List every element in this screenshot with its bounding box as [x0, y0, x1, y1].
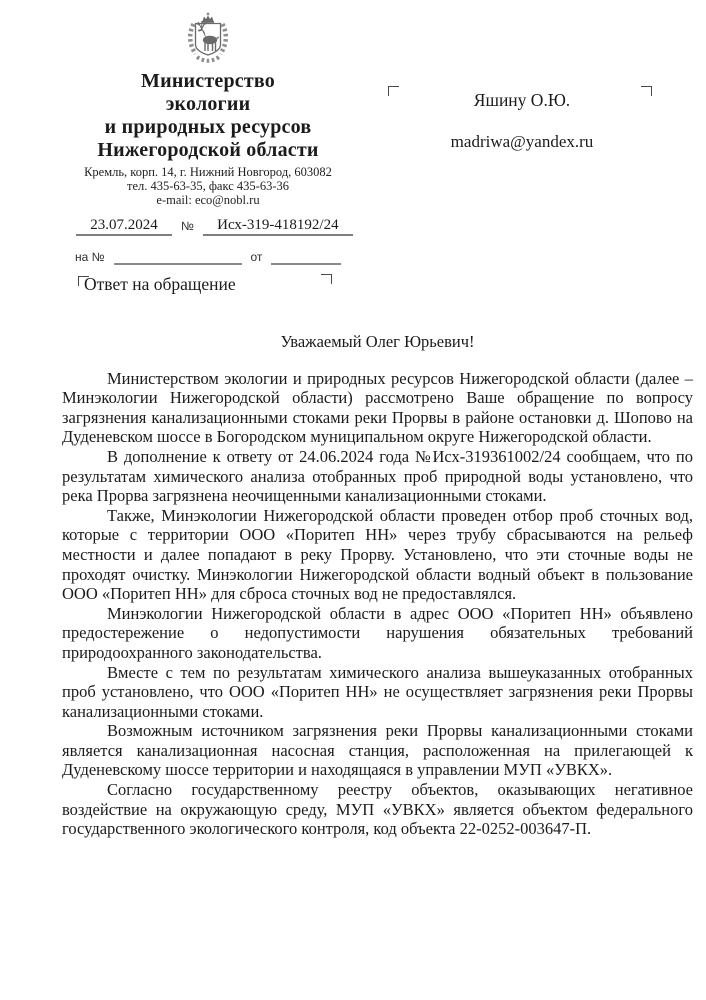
- recipient-email: madriwa@yandex.ru: [388, 132, 656, 152]
- scanned-letter-page: Министерство экологии и природных ресурс…: [0, 0, 706, 1000]
- letterhead: Министерство экологии и природных ресурс…: [62, 12, 354, 265]
- reply-from-label: от: [242, 250, 272, 265]
- corner-mark-top-right-icon: [641, 86, 652, 96]
- ministry-name: Министерство экологии и природных ресурс…: [62, 70, 354, 162]
- body-paragraph: Также, Минэкологии Нижегородской области…: [62, 506, 693, 604]
- body-paragraph: Министерством экологии и природных ресур…: [62, 369, 693, 447]
- ministry-name-line: экологии: [62, 93, 354, 116]
- corner-mark-top-right-icon: [321, 274, 332, 284]
- body-paragraph: Минэкологии Нижегородской области в адре…: [62, 604, 693, 663]
- reply-to-label: на №: [66, 250, 114, 265]
- salutation: Уважаемый Олег Юрьевич!: [62, 332, 693, 352]
- recipient-name: Яшину О.Ю.: [388, 90, 656, 110]
- reply-date-blank: [271, 249, 341, 265]
- address-line: e-mail: eco@nobl.ru: [62, 194, 354, 208]
- ministry-name-line: Нижегородской области: [62, 139, 354, 162]
- corner-mark-top-left-icon: [388, 86, 399, 96]
- subject-line: Ответ на обращение: [78, 272, 332, 298]
- ministry-address: Кремль, корп. 14, г. Нижний Новгород, 60…: [62, 166, 354, 207]
- ministry-name-line: и природных ресурсов: [62, 116, 354, 139]
- subject-text: Ответ на обращение: [84, 274, 236, 295]
- letter-body: Уважаемый Олег Юрьевич! Министерством эк…: [62, 332, 693, 839]
- address-line: Кремль, корп. 14, г. Нижний Новгород, 60…: [62, 166, 354, 180]
- body-paragraph: Согласно государственному реестру объект…: [62, 780, 693, 839]
- address-line: тел. 435-63-35, факс 435-63-36: [62, 180, 354, 194]
- body-paragraph: Возможным источником загрязнения реки Пр…: [62, 721, 693, 780]
- letter-date: 23.07.2024: [76, 216, 172, 236]
- date-number-row: 23.07.2024 № Исх-319-418192/24: [62, 216, 354, 236]
- reply-reference-row: на № от: [62, 249, 354, 265]
- reply-number-blank: [114, 249, 242, 265]
- body-paragraph: Вместе с тем по результатам химического …: [62, 663, 693, 722]
- ministry-name-line: Министерство: [62, 70, 354, 93]
- number-label: №: [172, 217, 203, 236]
- coat-of-arms-icon: [175, 12, 241, 66]
- body-paragraph: В дополнение к ответу от 24.06.2024 года…: [62, 447, 693, 506]
- letter-number: Исх-319-418192/24: [203, 216, 353, 236]
- recipient-block: Яшину О.Ю. madriwa@yandex.ru: [388, 86, 656, 152]
